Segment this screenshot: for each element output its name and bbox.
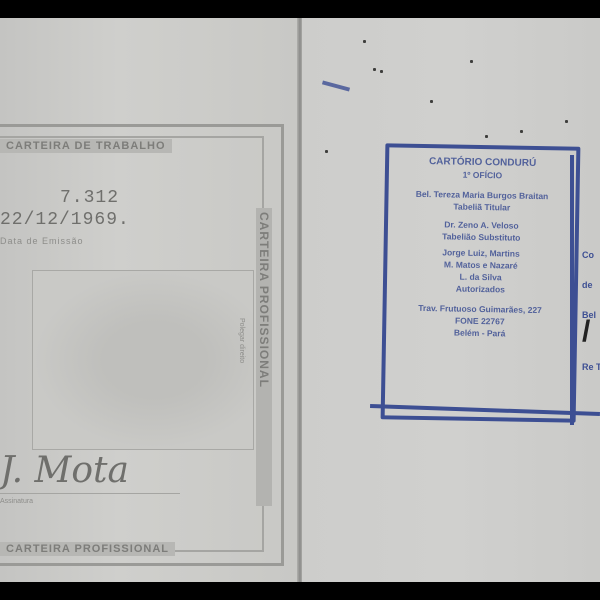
speck [325, 150, 328, 153]
speck [470, 60, 473, 63]
left-page: CARTEIRA DE TRABALHO 7.312 22/12/1969. D… [0, 18, 298, 582]
speck [485, 135, 488, 138]
registration-number: 7.312 [60, 188, 119, 208]
signature-line [0, 493, 180, 494]
partial-stamp-text: Re T [582, 362, 600, 372]
stamp-line: Tabelião Substituto [388, 229, 575, 244]
speck [520, 130, 523, 133]
speck [363, 40, 366, 43]
speck [430, 100, 433, 103]
stamp-line: Belém - Pará [386, 325, 573, 340]
signature: J. Mota [0, 450, 129, 491]
partial-stamp: Co de Bel Re T [570, 155, 600, 425]
photo-caption: Polegar direito [238, 318, 245, 363]
speck [565, 120, 568, 123]
stamp-line: 1º OFÍCIO [389, 167, 576, 182]
speck [373, 68, 376, 71]
stamp-line: Autorizados [387, 281, 574, 296]
side-band: CARTEIRA PROFISSIONAL [256, 208, 272, 506]
date-label: Data de Emissão [0, 236, 84, 246]
pen-mark: / [582, 315, 590, 349]
photo-area [32, 270, 254, 450]
bottom-band-title: CARTEIRA PROFISSIONAL [0, 542, 175, 556]
top-band-title: CARTEIRA DE TRABALHO [0, 139, 172, 153]
speck [380, 70, 383, 73]
issue-date: 22/12/1969. [0, 210, 130, 230]
signature-label: Assinatura [0, 498, 33, 505]
partial-stamp-text: de [582, 280, 593, 290]
partial-stamp-text: Co [582, 250, 594, 260]
stamp-line: Tabeliã Titular [388, 199, 575, 214]
notary-stamp: CARTÓRIO CONDURÚ 1º OFÍCIO Bel. Tereza M… [381, 143, 581, 422]
